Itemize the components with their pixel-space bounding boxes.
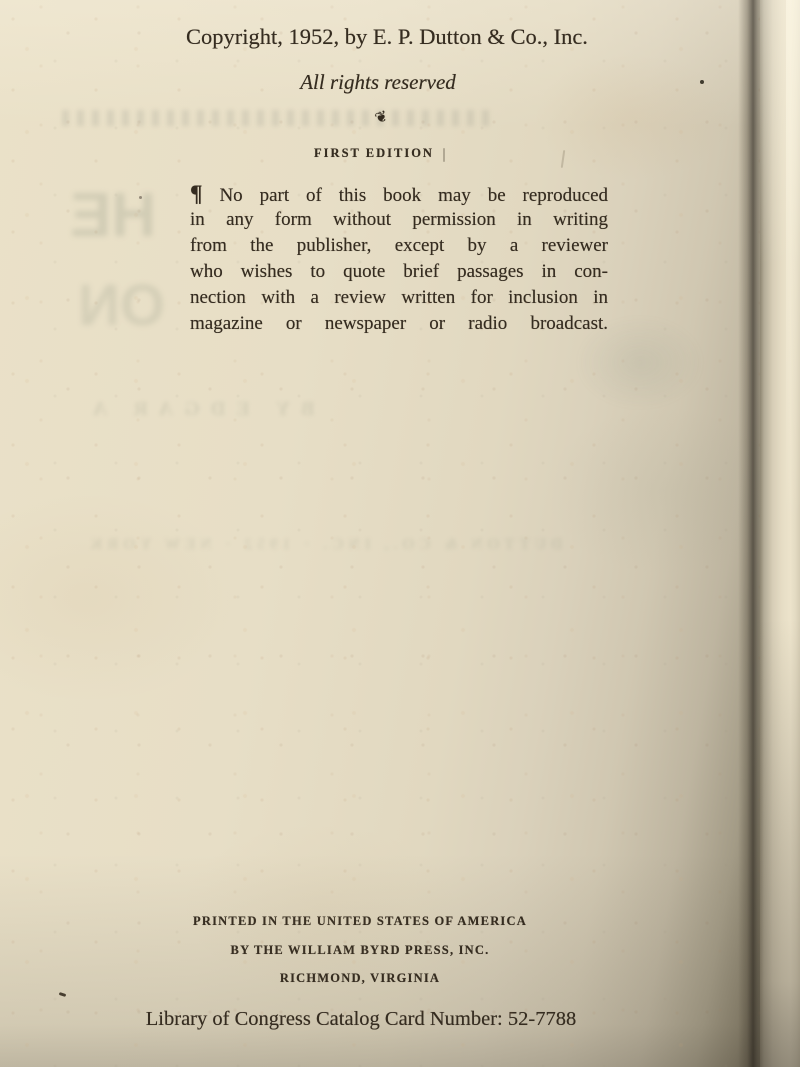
printer-imprint-line-1: PRINTED IN THE UNITED STATES OF AMERICA — [110, 914, 610, 929]
notice-line: magazine or newspaper or radio broadcast… — [190, 311, 608, 337]
fleuron-ornament-icon: ❦ — [340, 108, 422, 126]
book-page-photo: HE ON BY EDGAR A DUTTON & CO., INC. · 19… — [0, 0, 800, 1067]
pilcrow-mark: ¶ — [190, 181, 203, 207]
printer-imprint-line-2: BY THE WILLIAM BYRD PRESS, INC. — [110, 943, 610, 958]
rights-reserved-line: All rights reserved — [140, 70, 616, 95]
notice-line-text: No part of this book may be reproduced — [219, 185, 608, 206]
notice-line: from the publisher, except by a reviewer — [190, 233, 608, 259]
first-edition-line: FIRST EDITION — [240, 146, 508, 161]
paper-speck — [700, 80, 704, 84]
notice-line: who wishes to quote brief passages in co… — [190, 259, 608, 285]
reproduction-notice: ¶ No part of this book may be reproduced… — [190, 181, 608, 337]
fleuron-glyph: ❦ — [372, 106, 390, 127]
page-edge-highlight — [786, 0, 800, 520]
paper-speck — [139, 196, 142, 199]
notice-line: ¶ No part of this book may be reproduced — [190, 181, 608, 207]
printer-imprint-line-3: RICHMOND, VIRGINIA — [110, 971, 610, 986]
notice-line: nection with a review written for inclus… — [190, 285, 608, 311]
notice-line: in any form without permission in writin… — [190, 207, 608, 233]
copyright-line: Copyright, 1952, by E. P. Dutton & Co., … — [140, 24, 634, 50]
library-of-congress-line: Library of Congress Catalog Card Number:… — [80, 1008, 642, 1031]
stray-ink-mark — [443, 148, 445, 162]
